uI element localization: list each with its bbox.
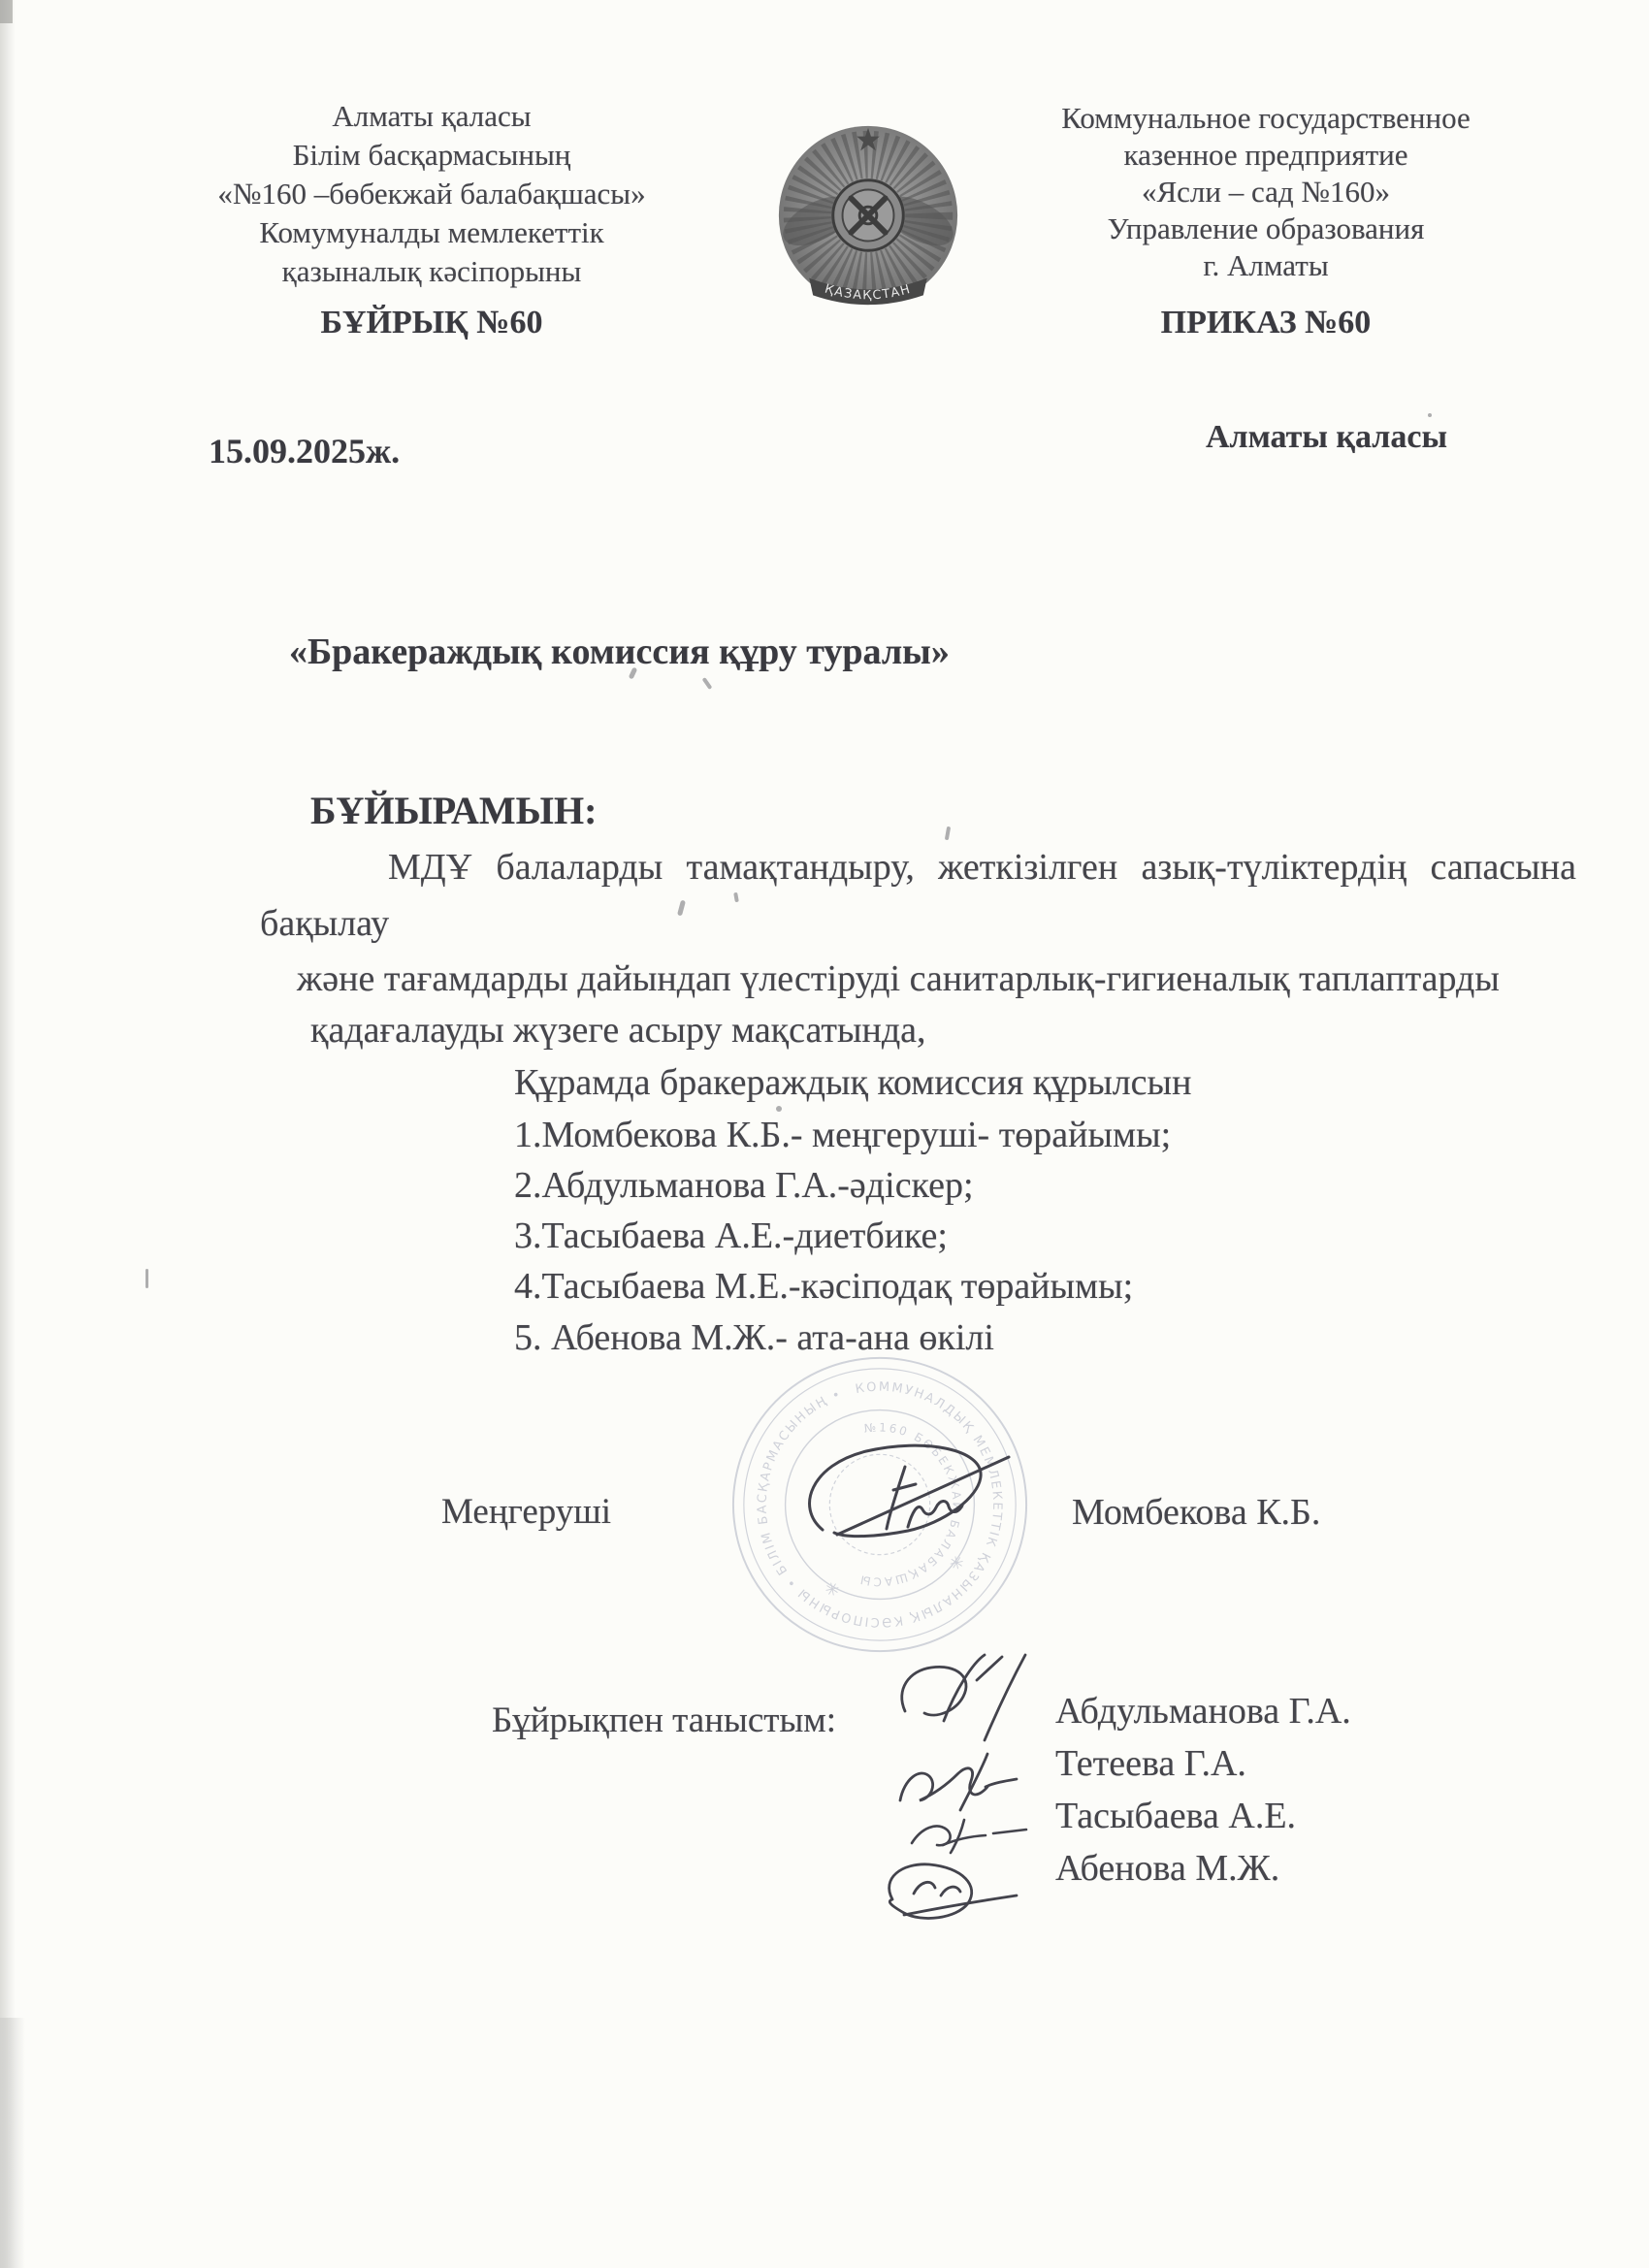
commission-member: 4.Тасыбаева М.Е.-кәсіподақ төрайымы;: [514, 1265, 1133, 1308]
letterhead-kazakh: Алматы қаласы Білім басқармасының «№160 …: [179, 97, 684, 291]
scan-speck: [776, 1106, 782, 1112]
order-date: 15.09.2025ж.: [209, 431, 400, 471]
signer-name: Момбекова К.Б.: [1072, 1491, 1320, 1534]
letterhead-russian-line: «Ясли – сад №160»: [980, 174, 1552, 211]
stamp-star: ✳: [824, 1578, 842, 1602]
commission-member: 2.Абдульманова Г.А.-әдіскер;: [514, 1164, 974, 1207]
acknowledgment-name: Тетеева Г.А.: [1055, 1742, 1246, 1785]
scan-speck: [702, 677, 713, 690]
letterhead-kazakh-line: Алматы қаласы: [179, 97, 684, 136]
letterhead-russian-line: г. Алматы: [980, 247, 1552, 284]
scan-speck: [945, 826, 951, 840]
order-city: Алматы қаласы: [1206, 419, 1447, 456]
acknowledgment-name: Абенова М.Ж.: [1055, 1847, 1279, 1890]
signer-role: Меңгеруші: [441, 1491, 611, 1533]
letterhead-russian-line: казенное предприятие: [980, 137, 1552, 174]
scan-speck: [1428, 413, 1432, 417]
acknowledgment-name: Абдульманова Г.А.: [1055, 1690, 1351, 1733]
scan-speck: [145, 1269, 148, 1288]
letterhead-kazakh-line: «№160 –бөбекжай балабақшасы»: [179, 175, 684, 213]
acknowledgment-signature: [871, 1855, 1051, 1937]
order-number-russian: ПРИКАЗ №60: [980, 305, 1552, 341]
scan-corner-shadow: [0, 2018, 25, 2268]
scan-speck: [733, 892, 739, 903]
commission-member: 1.Момбекова К.Б.- меңгеруші- төрайымы;: [514, 1114, 1171, 1156]
letterhead-russian-line: Коммунальное государственное: [980, 100, 1552, 137]
paragraph-line: және тағамдарды дайындап үлестіруді сани…: [297, 957, 1500, 1000]
paragraph-line: МДҰ балаларды тамақтандыру, жеткізілген …: [388, 846, 1576, 889]
acknowledgment-signature: [888, 1651, 1052, 1748]
letterhead-kazakh-line: Білім басқармасының: [179, 136, 684, 175]
paragraph-line: бақылау: [260, 902, 389, 945]
letterhead-russian: Коммунальное государственное казенное пр…: [980, 100, 1552, 284]
acknowledgment-label: Бұйрықпен таныстым:: [492, 1700, 836, 1741]
document-page: Алматы қаласы Білім басқармасының «№160 …: [0, 0, 1649, 2268]
director-signature: [793, 1428, 1021, 1569]
paragraph-line: Құрамда бракераждық комиссия құрылсын: [514, 1061, 1191, 1104]
order-number-kazakh: БҰЙРЫҚ №60: [179, 305, 684, 341]
commission-member: 3.Тасыбаева А.Е.-диетбике;: [514, 1215, 948, 1257]
letterhead-kazakh-line: қазыналық кәсіпорыны: [179, 252, 684, 291]
acknowledgment-name: Тасыбаева А.Е.: [1055, 1795, 1296, 1837]
scan-corner-mark: [0, 0, 13, 23]
scan-edge-shadow: [0, 0, 16, 2268]
order-title: «Бракераждық комиссия құру туралы»: [289, 631, 950, 673]
scan-speck: [677, 900, 686, 917]
kazakhstan-coat-of-arms-icon: ҚАЗАҚСТАН: [771, 120, 965, 310]
letterhead-kazakh-line: Комумуналды мемлекеттік: [179, 213, 684, 252]
paragraph-line: қадағалауды жүзеге асыру мақсатында,: [310, 1009, 926, 1052]
letterhead-russian-line: Управление образования: [980, 211, 1552, 247]
resolve-word: БҰЙЫРАМЫН:: [310, 788, 597, 833]
